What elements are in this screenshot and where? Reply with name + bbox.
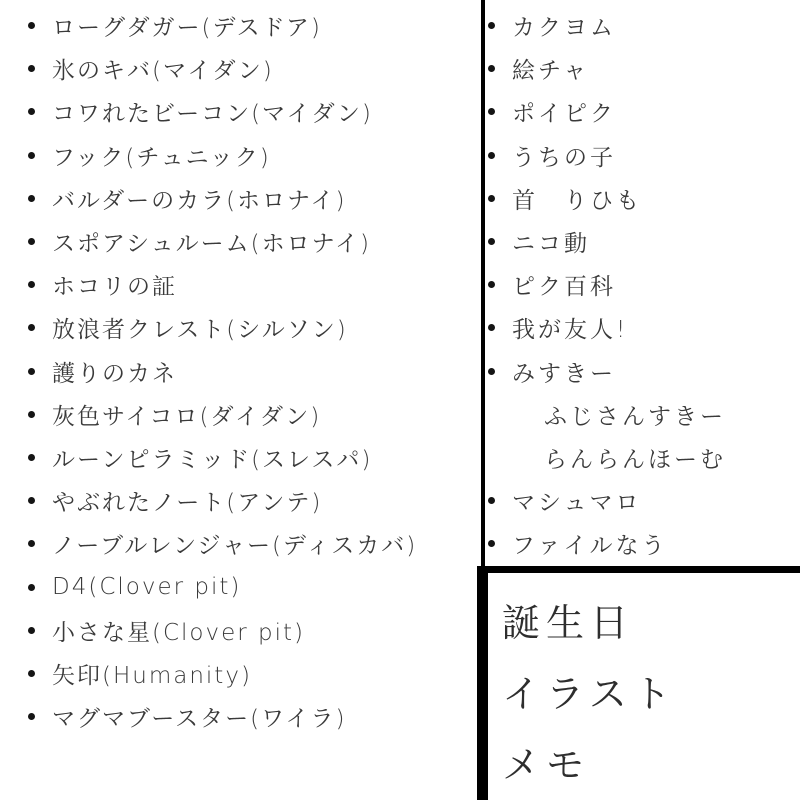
list-item-label: ふじさんすきー bbox=[544, 398, 726, 431]
list-item: ルーンピラミッド(スレスパ) bbox=[28, 436, 478, 479]
bullet-icon bbox=[28, 152, 35, 159]
list-item: ピク百科 bbox=[488, 263, 798, 306]
list-item-sub: ふじさんすきー bbox=[488, 393, 798, 436]
bullet-icon bbox=[28, 324, 35, 331]
list-item-label: 氷のキバ(マイダン) bbox=[52, 52, 274, 85]
list-item: 矢印(Humanity) bbox=[28, 652, 478, 695]
vertical-divider-top bbox=[481, 0, 485, 570]
bullet-icon bbox=[28, 584, 35, 591]
bullet-icon bbox=[28, 670, 35, 677]
vertical-divider-bottom bbox=[477, 566, 488, 800]
bullet-icon bbox=[488, 324, 495, 331]
bullet-icon bbox=[28, 238, 35, 245]
list-item-label: ピク百科 bbox=[512, 268, 616, 301]
bullet-icon bbox=[488, 152, 495, 159]
list-item: ホコリの証 bbox=[28, 263, 478, 306]
list-item-label: D4(Clover pit) bbox=[52, 574, 241, 600]
list-item-label: ルーンピラミッド(スレスパ) bbox=[52, 441, 372, 474]
bullet-icon bbox=[28, 454, 35, 461]
memo-heading-birthday: 誕生日 bbox=[502, 584, 792, 655]
list-item: 放浪者クレスト(シルソン) bbox=[28, 306, 478, 349]
bullet-icon bbox=[488, 368, 495, 375]
memo-section: 誕生日 イラスト メモ bbox=[502, 584, 792, 797]
list-item-label: ローグダガー(デスドア) bbox=[52, 9, 322, 42]
list-item-label: 首 りひも bbox=[512, 182, 642, 215]
list-item: スポアシュルーム(ホロナイ) bbox=[28, 220, 478, 263]
list-item-label: らんらんほーむ bbox=[544, 441, 726, 474]
list-item: マシュマロ bbox=[488, 479, 798, 522]
list-item-label: コワれたビーコン(マイダン) bbox=[52, 95, 373, 128]
list-item: 灰色サイコロ(ダイダン) bbox=[28, 393, 478, 436]
bullet-icon bbox=[28, 281, 35, 288]
list-item: カクヨム bbox=[488, 4, 798, 47]
bullet-icon bbox=[488, 65, 495, 72]
bullet-icon bbox=[488, 497, 495, 504]
bullet-icon bbox=[488, 195, 495, 202]
list-item-label: 小さな星(Clover pit) bbox=[52, 614, 305, 647]
bullet-icon bbox=[28, 411, 35, 418]
list-item-label: 灰色サイコロ(ダイダン) bbox=[52, 398, 321, 431]
list-item: マグマブースター(ワイラ) bbox=[28, 695, 478, 738]
list-item-label: カクヨム bbox=[512, 9, 616, 42]
list-item-label: うちの子 bbox=[512, 139, 616, 172]
list-item-label: 護りのカネ bbox=[52, 355, 177, 388]
list-item-label: スポアシュルーム(ホロナイ) bbox=[52, 225, 371, 258]
list-item-label: マグマブースター(ワイラ) bbox=[52, 700, 346, 733]
list-item: 小さな星(Clover pit) bbox=[28, 609, 478, 652]
list-item: バルダーのカラ(ホロナイ) bbox=[28, 177, 478, 220]
list-item-label: 放浪者クレスト(シルソン) bbox=[52, 311, 348, 344]
list-item-label: 絵チャ bbox=[512, 52, 589, 85]
horizontal-divider bbox=[481, 566, 800, 573]
bullet-icon bbox=[488, 238, 495, 245]
bullet-icon bbox=[28, 368, 35, 375]
list-item-label: ノーブルレンジャー(ディスカバ) bbox=[52, 527, 417, 560]
list-item-label: ホコリの証 bbox=[52, 268, 177, 301]
list-item: 氷のキバ(マイダン) bbox=[28, 47, 478, 90]
list-item-label: ポイピク bbox=[512, 95, 616, 128]
list-item: やぶれたノート(アンテ) bbox=[28, 479, 478, 522]
list-item: フック(チュニック) bbox=[28, 134, 478, 177]
list-item-label: バルダーのカラ(ホロナイ) bbox=[52, 182, 346, 215]
list-item-label: 我が友人! bbox=[512, 311, 628, 344]
list-item-label: 矢印(Humanity) bbox=[52, 657, 252, 690]
list-item: ノーブルレンジャー(ディスカバ) bbox=[28, 522, 478, 565]
list-item: コワれたビーコン(マイダン) bbox=[28, 90, 478, 133]
list-item-label: マシュマロ bbox=[512, 484, 642, 517]
bullet-icon bbox=[488, 281, 495, 288]
bullet-icon bbox=[488, 540, 495, 547]
sites-list: カクヨム 絵チャ ポイピク うちの子 首 りひも ニコ動 ピク百科 我が友人! … bbox=[488, 4, 798, 565]
list-item-label: ニコ動 bbox=[512, 225, 590, 258]
bullet-icon bbox=[28, 22, 35, 29]
bullet-icon bbox=[28, 540, 35, 547]
list-item: 護りのカネ bbox=[28, 350, 478, 393]
list-item: うちの子 bbox=[488, 134, 798, 177]
memo-heading-memo: メモ bbox=[502, 726, 792, 797]
list-item: ニコ動 bbox=[488, 220, 798, 263]
list-item: ローグダガー(デスドア) bbox=[28, 4, 478, 47]
bullet-icon bbox=[488, 22, 495, 29]
list-item: 我が友人! bbox=[488, 306, 798, 349]
bullet-icon bbox=[28, 713, 35, 720]
list-item: 絵チャ bbox=[488, 47, 798, 90]
game-items-list: ローグダガー(デスドア) 氷のキバ(マイダン) コワれたビーコン(マイダン) フ… bbox=[28, 4, 478, 738]
bullet-icon bbox=[488, 108, 495, 115]
list-item: ポイピク bbox=[488, 90, 798, 133]
list-item: D4(Clover pit) bbox=[28, 565, 478, 608]
list-item: ファイルなう bbox=[488, 522, 798, 565]
bullet-icon bbox=[28, 108, 35, 115]
list-item-label: みすきー bbox=[512, 355, 616, 388]
list-item: 首 りひも bbox=[488, 177, 798, 220]
memo-heading-illustration: イラスト bbox=[502, 655, 792, 726]
bullet-icon bbox=[28, 497, 35, 504]
bullet-icon bbox=[28, 195, 35, 202]
list-item-label: ファイルなう bbox=[512, 527, 668, 560]
list-item-label: フック(チュニック) bbox=[52, 139, 271, 172]
bullet-icon bbox=[28, 65, 35, 72]
list-item: みすきー bbox=[488, 350, 798, 393]
bullet-icon bbox=[28, 627, 35, 634]
list-item-label: やぶれたノート(アンテ) bbox=[52, 484, 322, 517]
list-item-sub: らんらんほーむ bbox=[488, 436, 798, 479]
